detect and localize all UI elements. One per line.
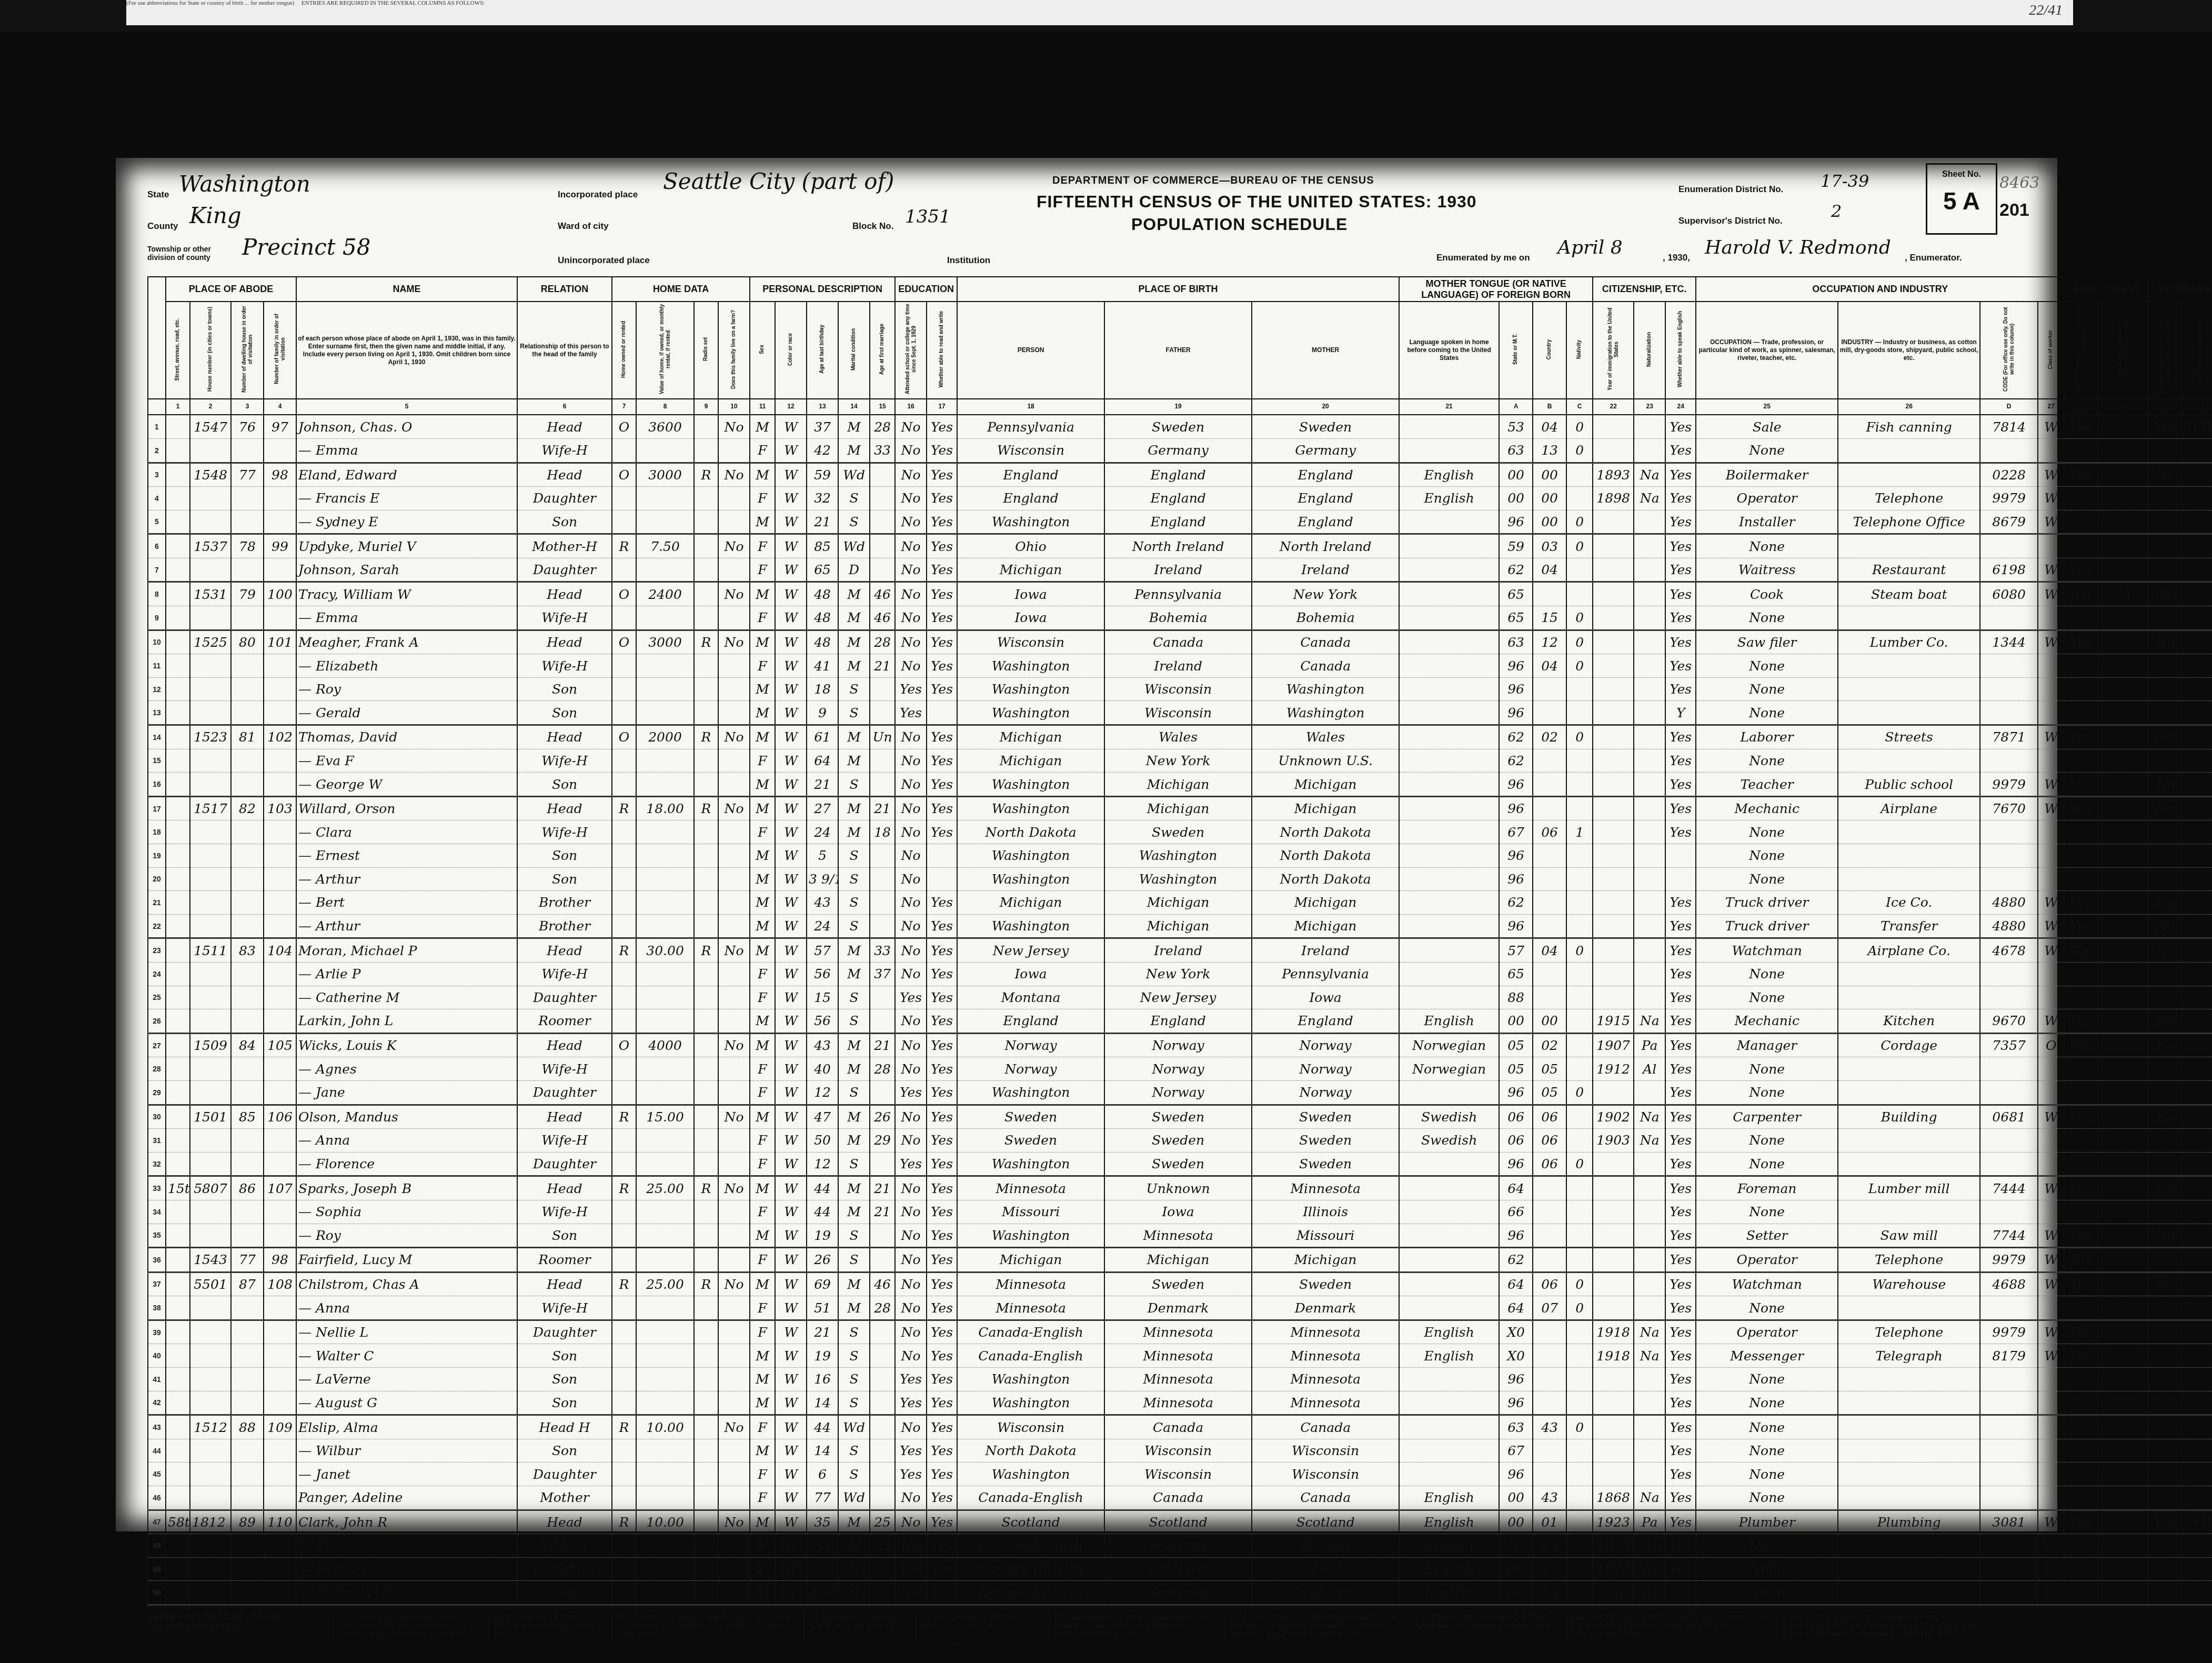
cell-read: Yes xyxy=(927,487,957,510)
cell-age_marr: 28 xyxy=(870,630,895,654)
abbreviations-footer: ABBREVIATIONS TO BE USED IN COLUMNS INDI… xyxy=(147,1613,2026,1639)
table-row: 10152580101Meagher, Frank AHeadO3000RNoM… xyxy=(148,630,2212,654)
cell-owned xyxy=(612,1439,636,1462)
cell-race: W xyxy=(775,962,807,986)
cell-occupation: Sale xyxy=(1696,415,1838,438)
cell-sex: M xyxy=(750,773,775,797)
cell-street xyxy=(166,986,190,1009)
cell-immig xyxy=(1593,654,1634,678)
cell-race: W xyxy=(775,1344,807,1368)
cell-code_a: 00 xyxy=(1499,1557,1533,1581)
cell-line: 7 xyxy=(148,558,166,582)
cell-owned xyxy=(612,487,636,510)
cell-english: Yes xyxy=(1665,582,1696,606)
cell-value xyxy=(636,891,694,915)
cell-code_b: 01 xyxy=(1533,1510,1566,1534)
cell-relation: Head xyxy=(517,630,612,654)
cell-code_a: 96 xyxy=(1499,701,1533,725)
cell-nat: Na xyxy=(1634,463,1665,487)
cell-school: No xyxy=(895,1105,927,1129)
cell-code_a: 96 xyxy=(1499,914,1533,938)
cell-lang xyxy=(1399,438,1499,463)
cell-radio: R xyxy=(694,725,718,749)
cell-occupation: None xyxy=(1696,1296,1838,1320)
cell-lang: Swedish xyxy=(1399,1129,1499,1153)
cell-school: No xyxy=(895,1581,927,1605)
column-number: 16 xyxy=(895,399,927,415)
cell-war xyxy=(2182,1105,2212,1129)
cell-relation: Son xyxy=(517,1391,612,1415)
column-header-label: MOTHER xyxy=(1312,346,1339,354)
cell-value: 30.00 xyxy=(636,938,694,963)
cell-nat xyxy=(1634,701,1665,725)
cell-race: W xyxy=(775,1462,807,1486)
cell-english: Yes xyxy=(1665,938,1696,963)
cell-code_b: 04 xyxy=(1533,654,1566,678)
cell-line: 47 xyxy=(148,1510,166,1534)
cell-code_d: 7871 xyxy=(1980,725,2038,749)
cell-owned xyxy=(612,914,636,938)
cell-industry xyxy=(1838,1368,1980,1391)
cell-lang xyxy=(1399,1415,1499,1439)
cell-occupation: Boilermaker xyxy=(1696,463,1838,487)
cell-owned: O xyxy=(612,415,636,438)
cell-house xyxy=(190,820,231,844)
column-number: 13 xyxy=(807,399,838,415)
cell-work: Yes xyxy=(2064,630,2098,654)
column-group-header: MOTHER TONGUE (OR NATIVE LANGUAGE) OF FO… xyxy=(1399,277,1593,302)
cell-age: 3 9/12 xyxy=(807,867,838,891)
cell-family xyxy=(264,867,296,891)
cell-sex: M xyxy=(750,1105,775,1129)
cell-bp: Canada-English xyxy=(957,1344,1104,1368)
column-header-label: Color or race xyxy=(788,333,794,366)
cell-street xyxy=(166,820,190,844)
cell-code_b: 00 xyxy=(1533,487,1566,510)
cell-code_b: 15 xyxy=(1533,606,1566,630)
cell-age_marr: 28 xyxy=(870,415,895,438)
cell-unemp xyxy=(2098,1391,2148,1415)
cell-dwelling xyxy=(231,867,264,891)
cell-sex: F xyxy=(750,820,775,844)
cell-lang: Norwegian xyxy=(1399,1057,1499,1081)
cell-bp: Washington xyxy=(957,510,1104,534)
cell-marital: Wd xyxy=(838,1486,870,1510)
cell-war xyxy=(2182,701,2212,725)
cell-vet: No xyxy=(2148,1224,2182,1248)
cell-unemp xyxy=(2098,773,2148,797)
cell-race: W xyxy=(775,1368,807,1391)
cell-occupation: None xyxy=(1696,606,1838,630)
cell-owned xyxy=(612,1129,636,1153)
cell-bp_father: Sweden xyxy=(1104,1105,1252,1129)
cell-english: Yes xyxy=(1665,1057,1696,1081)
cell-industry: Kitchen xyxy=(1838,1009,1980,1034)
cell-code_c xyxy=(1566,962,1593,986)
cell-code_d xyxy=(1980,1534,2038,1558)
cell-age: 77 xyxy=(807,1486,838,1510)
cell-code_d xyxy=(1980,701,2038,725)
cell-family xyxy=(264,1057,296,1081)
cell-code_c xyxy=(1566,558,1593,582)
column-header-label: Number of family in order of visitation xyxy=(274,303,286,395)
cell-family xyxy=(264,891,296,915)
cell-code_d xyxy=(1980,1581,2038,1605)
cell-bp: Washington xyxy=(957,844,1104,868)
cell-dwelling xyxy=(231,891,264,915)
cell-owned: R xyxy=(612,1176,636,1200)
cell-value xyxy=(636,820,694,844)
cell-relation: Head xyxy=(517,796,612,820)
cell-work xyxy=(2064,534,2098,558)
cell-occupation: None xyxy=(1696,1486,1838,1510)
cell-occupation: None xyxy=(1696,677,1838,701)
cell-work xyxy=(2064,962,2098,986)
cell-read: Yes xyxy=(927,677,957,701)
column-header-label: State or M.T. xyxy=(1513,334,1519,365)
cell-line: 42 xyxy=(148,1391,166,1415)
cell-read: Yes xyxy=(927,558,957,582)
cell-value xyxy=(636,1057,694,1081)
cell-relation: Head xyxy=(517,463,612,487)
cell-english: Yes xyxy=(1665,962,1696,986)
cell-read: Yes xyxy=(927,438,957,463)
cell-code_d xyxy=(1980,1200,2038,1224)
cell-nat xyxy=(1634,725,1665,749)
cell-english: Yes xyxy=(1665,1320,1696,1344)
cell-race: W xyxy=(775,749,807,773)
column-header: Naturalization xyxy=(1634,302,1665,399)
cell-line: 22 xyxy=(148,914,166,938)
column-header: Relationship of this person to the head … xyxy=(517,302,612,399)
cell-name: Willard, Orson xyxy=(296,796,517,820)
cell-relation: Roomer xyxy=(517,1009,612,1034)
cell-family: 100 xyxy=(264,582,296,606)
cell-dwelling: 80 xyxy=(231,630,264,654)
cell-house: 1537 xyxy=(190,534,231,558)
cell-lang: Swedish xyxy=(1399,1105,1499,1129)
cell-family xyxy=(264,510,296,534)
cell-class: W xyxy=(2038,510,2064,534)
column-number: 14 xyxy=(838,399,870,415)
cell-lang xyxy=(1399,654,1499,678)
cell-code_d xyxy=(1980,844,2038,868)
cell-read: Yes xyxy=(927,725,957,749)
cell-age_marr xyxy=(870,891,895,915)
cell-age: 21 xyxy=(807,773,838,797)
cell-sex: M xyxy=(750,582,775,606)
cell-lang xyxy=(1399,986,1499,1009)
cell-house xyxy=(190,1368,231,1391)
cell-sex: M xyxy=(750,1439,775,1462)
cell-code_a: 64 xyxy=(1499,1176,1533,1200)
cell-immig: 1903 xyxy=(1593,1129,1634,1153)
cell-name: — Emma xyxy=(296,606,517,630)
table-row: 26Larkin, John LRoomerMW56SNoYesEnglandE… xyxy=(148,1009,2212,1034)
cell-code_d: 7670 xyxy=(1980,796,2038,820)
cell-school: No xyxy=(895,1534,927,1558)
cell-name: Johnson, Chas. O xyxy=(296,415,517,438)
cell-name: — August G xyxy=(296,1391,517,1415)
column-header-label: Sex xyxy=(759,345,766,354)
cell-house xyxy=(190,773,231,797)
cell-nat xyxy=(1634,630,1665,654)
table-row: 3315th Ave NW580786107Sparks, Joseph BHe… xyxy=(148,1176,2212,1200)
cell-class xyxy=(2038,606,2064,630)
cell-race: W xyxy=(775,487,807,510)
cell-age_marr: 21 xyxy=(870,654,895,678)
cell-code_d xyxy=(1980,1057,2038,1081)
population-schedule-table: PLACE OF ABODENAMERELATIONHOME DATAPERSO… xyxy=(147,276,2212,1606)
cell-code_a: 57 xyxy=(1499,938,1533,963)
cell-code_d: 9670 xyxy=(1980,1009,2038,1034)
cell-bp_father: Sweden xyxy=(1104,1152,1252,1176)
cell-relation: Wife-H xyxy=(517,1296,612,1320)
cell-vet xyxy=(2148,701,2182,725)
cell-age_marr: 21 xyxy=(870,1200,895,1224)
cell-school: Yes xyxy=(895,701,927,725)
cell-age_marr xyxy=(870,1320,895,1344)
cell-value xyxy=(636,749,694,773)
cell-owned xyxy=(612,1391,636,1415)
cell-lang: English xyxy=(1399,1320,1499,1344)
cell-age_marr xyxy=(870,844,895,868)
cell-occupation: None xyxy=(1696,1057,1838,1081)
column-header-label: Street, avenue, road, etc. xyxy=(175,318,181,380)
cell-age_marr: 33 xyxy=(870,938,895,963)
cell-read: Yes xyxy=(927,1033,957,1057)
cell-owned: O xyxy=(612,630,636,654)
cell-code_d xyxy=(1980,654,2038,678)
cell-school: No xyxy=(895,630,927,654)
cell-house: 5501 xyxy=(190,1272,231,1296)
cell-work xyxy=(2064,1200,2098,1224)
cell-code_c xyxy=(1566,1129,1593,1153)
cell-work xyxy=(2064,1581,2098,1605)
cell-family xyxy=(264,438,296,463)
column-header-label: Radio set xyxy=(703,337,709,361)
cell-street xyxy=(166,438,190,463)
cell-street xyxy=(166,606,190,630)
cell-relation: Son xyxy=(517,701,612,725)
cell-war xyxy=(2182,1581,2212,1605)
column-number: 5 xyxy=(296,399,517,415)
cell-nat xyxy=(1634,1200,1665,1224)
cell-dwelling xyxy=(231,1486,264,1510)
cell-vet: No xyxy=(2148,773,2182,797)
cell-street xyxy=(166,938,190,963)
cell-street xyxy=(166,510,190,534)
cell-sex: M xyxy=(750,1009,775,1034)
cell-name: Clark, John R xyxy=(296,1510,517,1534)
cell-school: No xyxy=(895,654,927,678)
cell-war xyxy=(2182,914,2212,938)
cell-radio xyxy=(694,1391,718,1415)
cell-immig xyxy=(1593,415,1634,438)
cell-owned xyxy=(612,867,636,891)
cell-class: W xyxy=(2038,558,2064,582)
cell-war xyxy=(2182,1368,2212,1391)
cell-bp: Washington xyxy=(957,1224,1104,1248)
cell-house: 1509 xyxy=(190,1033,231,1057)
cell-age_marr xyxy=(870,914,895,938)
cell-code_a: 96 xyxy=(1499,654,1533,678)
cell-age: 42 xyxy=(807,438,838,463)
cell-industry: Telephone xyxy=(1838,1248,1980,1273)
cell-sex: M xyxy=(750,677,775,701)
cell-occupation: Mechanic xyxy=(1696,1009,1838,1034)
cell-occupation: Plumber xyxy=(1696,1510,1838,1534)
cell-bp: Wisconsin xyxy=(957,1415,1104,1439)
cell-radio xyxy=(694,1462,718,1486)
cell-relation: Daughter xyxy=(517,558,612,582)
cell-class: W xyxy=(2038,463,2064,487)
cell-immig: 1918 xyxy=(1593,1320,1634,1344)
cell-family: 109 xyxy=(264,1415,296,1439)
cell-radio xyxy=(694,701,718,725)
cell-class: W xyxy=(2038,938,2064,963)
cell-bp_mother: Minnesota xyxy=(1252,1368,1399,1391)
cell-class xyxy=(2038,1368,2064,1391)
cell-radio xyxy=(694,1296,718,1320)
column-group-header: EDUCATION xyxy=(895,277,957,302)
cell-farm xyxy=(718,1129,750,1153)
cell-street xyxy=(166,415,190,438)
cell-immig xyxy=(1593,1439,1634,1462)
cell-code_b xyxy=(1533,891,1566,915)
cell-value xyxy=(636,844,694,868)
cell-line: 25 xyxy=(148,986,166,1009)
cell-code_d: 6080 xyxy=(1980,582,2038,606)
cell-unemp xyxy=(2098,1439,2148,1462)
column-group-header: OCCUPATION AND INDUSTRY xyxy=(1696,277,2064,302)
cell-class xyxy=(2038,844,2064,868)
cell-owned xyxy=(612,1296,636,1320)
cell-nat xyxy=(1634,1415,1665,1439)
cell-name: — Anna xyxy=(296,1129,517,1153)
cell-immig: 1923 xyxy=(1593,1534,1634,1558)
cell-read xyxy=(927,701,957,725)
cell-vet: No xyxy=(2148,891,2182,915)
cell-race: W xyxy=(775,773,807,797)
column-number: 4 xyxy=(264,399,296,415)
cell-war xyxy=(2182,725,2212,749)
top-strip-left-text: (For use abbreviations for State or coun… xyxy=(126,0,294,6)
cell-code_a: 96 xyxy=(1499,677,1533,701)
cell-bp_father: Canada xyxy=(1104,630,1252,654)
cell-farm xyxy=(718,820,750,844)
cell-english: Yes xyxy=(1665,1105,1696,1129)
cell-work: Yes xyxy=(2064,725,2098,749)
cell-lang xyxy=(1399,1176,1499,1200)
column-number: 6 xyxy=(517,399,612,415)
cell-bp_mother: North Dakota xyxy=(1252,820,1399,844)
cell-unemp xyxy=(2098,938,2148,963)
cell-read: Yes xyxy=(927,938,957,963)
cell-bp_father: Canada xyxy=(1104,1415,1252,1439)
cell-vet xyxy=(2148,1439,2182,1462)
cell-bp_father: Sweden xyxy=(1104,1272,1252,1296)
cell-age_marr xyxy=(870,1248,895,1273)
cell-value xyxy=(636,677,694,701)
cell-code_c xyxy=(1566,1534,1593,1558)
cell-farm: No xyxy=(718,1033,750,1057)
cell-unemp xyxy=(2098,749,2148,773)
cell-relation: Brother xyxy=(517,891,612,915)
cell-industry xyxy=(1838,1129,1980,1153)
cell-code_b: 00 xyxy=(1533,510,1566,534)
cell-war xyxy=(2182,796,2212,820)
column-header: Year of immigration to the United States xyxy=(1593,302,1634,399)
cell-line: 45 xyxy=(148,1462,166,1486)
cell-school: No xyxy=(895,1486,927,1510)
cell-name: — Eva xyxy=(296,1534,517,1558)
cell-race: W xyxy=(775,1296,807,1320)
cell-code_a: 65 xyxy=(1499,582,1533,606)
cell-class xyxy=(2038,986,2064,1009)
cell-work xyxy=(2064,1486,2098,1510)
cell-marital: M xyxy=(838,1534,870,1558)
cell-bp_mother: Sweden xyxy=(1252,1105,1399,1129)
cell-street xyxy=(166,1415,190,1439)
column-number: 27 xyxy=(2038,399,2064,415)
cell-age: 9 xyxy=(807,701,838,725)
cell-lang xyxy=(1399,582,1499,606)
cell-radio xyxy=(694,1344,718,1368)
cell-read: Yes xyxy=(927,1344,957,1368)
cell-name: Elslip, Alma xyxy=(296,1415,517,1439)
cell-unemp xyxy=(2098,630,2148,654)
abbrev-col9: Col. 9—Radio set ... R. Make no entry fo… xyxy=(488,1613,599,1639)
cell-code_a: 67 xyxy=(1499,1439,1533,1462)
cell-value: 18.00 xyxy=(636,796,694,820)
cell-value: 10.00 xyxy=(636,1415,694,1439)
cell-code_a: 59 xyxy=(1499,534,1533,558)
cell-class xyxy=(2038,1415,2064,1439)
cell-value xyxy=(636,701,694,725)
cell-lang: English xyxy=(1399,463,1499,487)
cell-street xyxy=(166,1224,190,1248)
cell-bp_mother: England xyxy=(1252,510,1399,534)
cell-code_c xyxy=(1566,1439,1593,1462)
cell-relation: Son xyxy=(517,844,612,868)
cell-immig: 1907 xyxy=(1593,1033,1634,1057)
cell-occupation: None xyxy=(1696,1129,1838,1153)
cell-value xyxy=(636,1009,694,1034)
cell-sex: F xyxy=(750,606,775,630)
cell-race: W xyxy=(775,1176,807,1200)
cell-farm xyxy=(718,701,750,725)
cell-code_b: 06 xyxy=(1533,1105,1566,1129)
cell-work: Yes xyxy=(2064,1510,2098,1534)
cell-family xyxy=(264,1152,296,1176)
cell-code_a: 64 xyxy=(1499,1296,1533,1320)
cell-work xyxy=(2064,1368,2098,1391)
cell-industry: Telephone Office xyxy=(1838,510,1980,534)
cell-bp_father: Pennsylvania xyxy=(1104,582,1252,606)
cell-work xyxy=(2064,1152,2098,1176)
cell-age: 3 9/12 xyxy=(807,1581,838,1605)
cell-school: No xyxy=(895,867,927,891)
column-header-label: CODE (For office use only. Do not write … xyxy=(2003,303,2015,395)
cell-bp_mother: England xyxy=(1252,487,1399,510)
cell-english: Yes xyxy=(1665,986,1696,1009)
cell-farm xyxy=(718,1009,750,1034)
cell-code_b xyxy=(1533,1439,1566,1462)
table-row: 32— FlorenceDaughterFW12SYesYesWashingto… xyxy=(148,1152,2212,1176)
cell-name: — Anna xyxy=(296,1296,517,1320)
cell-farm xyxy=(718,558,750,582)
